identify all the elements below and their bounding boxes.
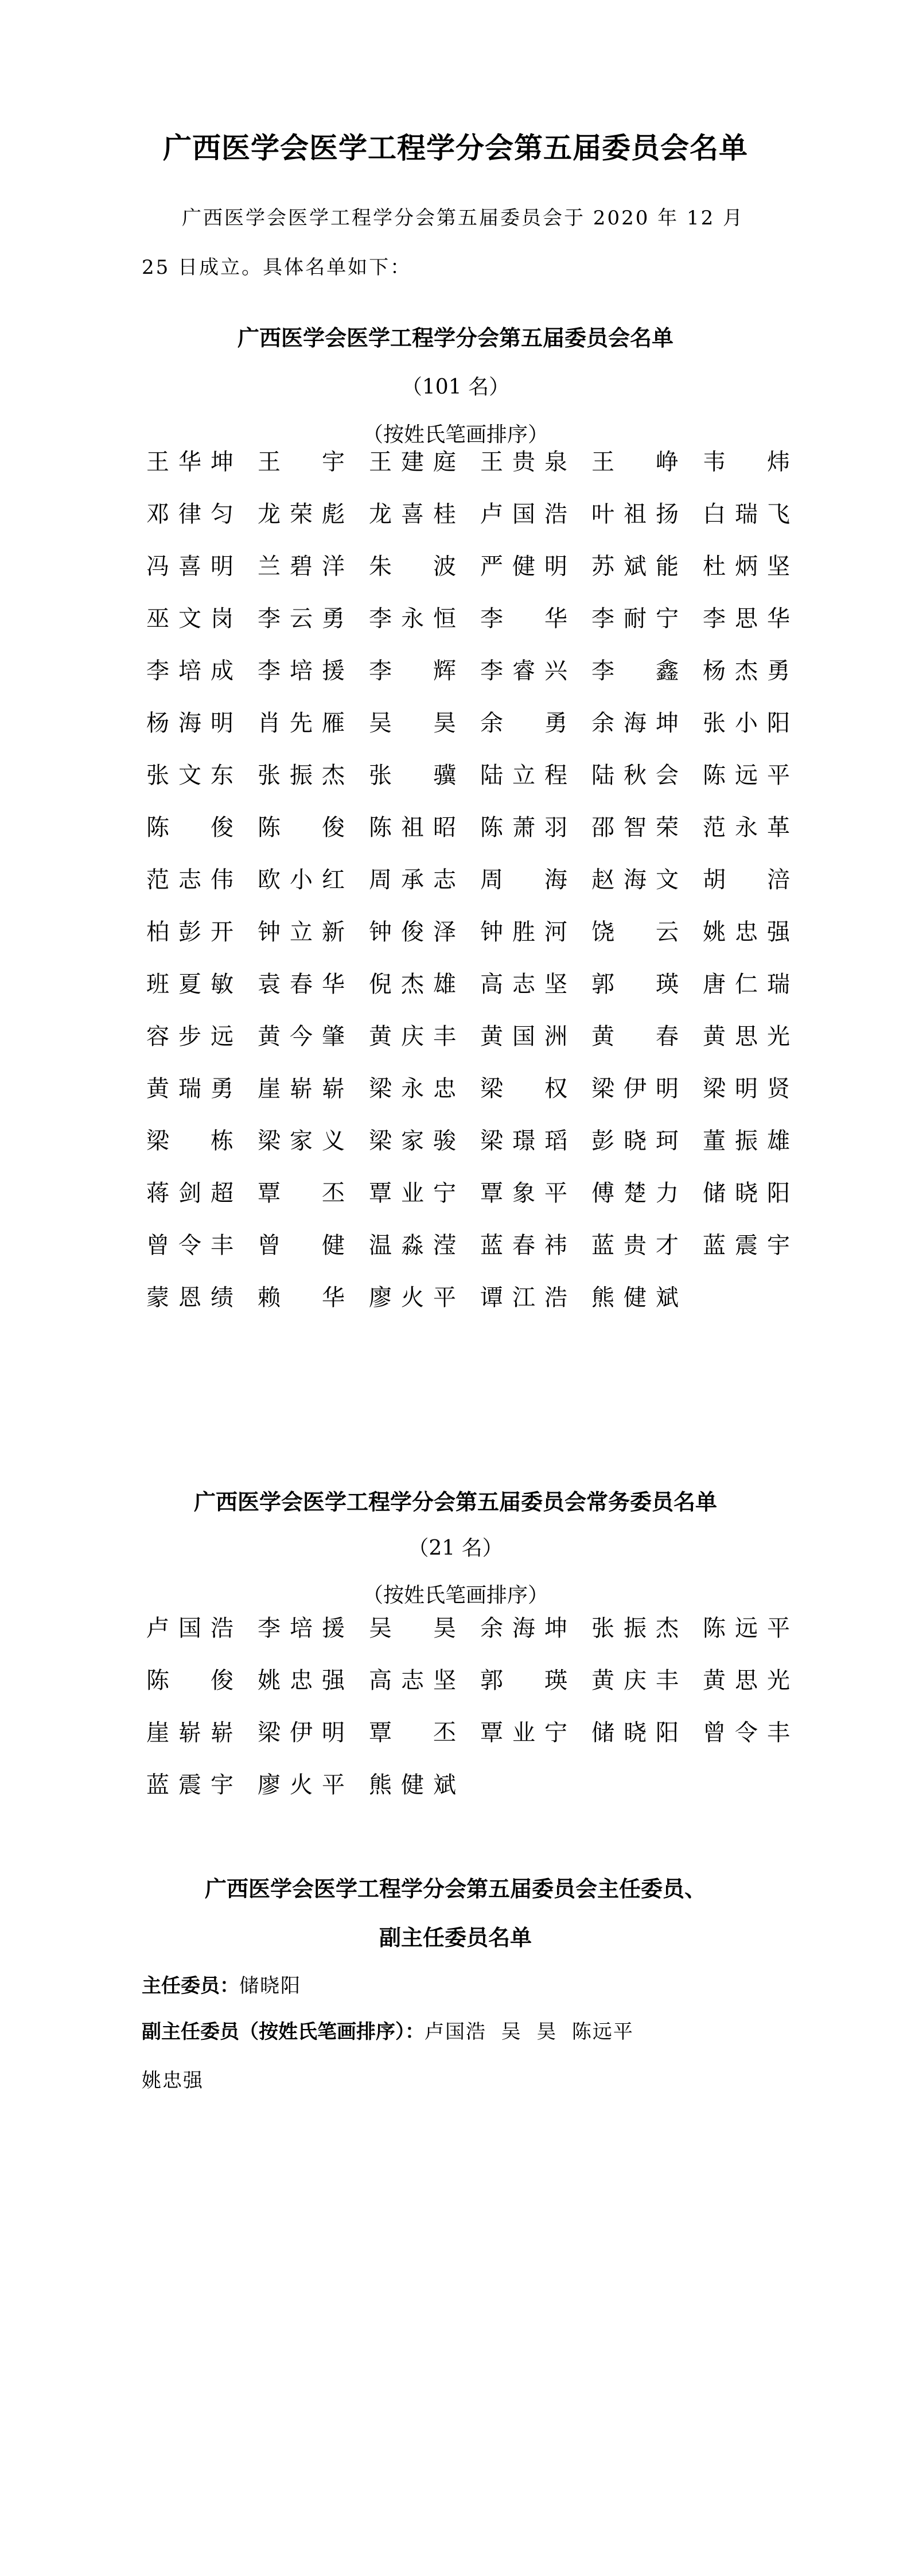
member-name: 李鑫 [587,657,698,709]
member-name: 傅楚力 [587,1179,698,1231]
member-name: 赖华 [253,1283,364,1336]
member-name: 张小阳 [698,709,809,761]
vice-chair-line-2: 姚忠强 [142,2065,204,2093]
vice-chair-label: 副主任委员（按姓氏笔画排序）： [142,2020,425,2043]
member-name: 张振杰 [587,1614,698,1666]
member-name: 肖先雁 [253,709,364,761]
member-name: 蒙恩绩 [142,1283,253,1336]
vice-chair-value-2: 姚忠强 [142,2069,204,2092]
member-name: 郭瑛 [587,970,698,1022]
member-name: 范永革 [698,813,809,866]
member-name: 崖崭崭 [253,1074,364,1127]
member-name: 黄庆丰 [587,1666,698,1718]
member-name: 黄春 [587,1022,698,1074]
member-name: 钟胜河 [476,918,587,970]
member-name: 梁永忠 [364,1074,476,1127]
committee-sort-note: （按姓氏笔画排序） [0,418,911,448]
member-name: 龙喜桂 [364,500,476,552]
member-name: 黄思光 [698,1022,809,1074]
member-name: 范志伟 [142,866,253,918]
member-name: 周承志 [364,866,476,918]
member-name: 覃丕 [253,1179,364,1231]
member-name: 曾令丰 [142,1231,253,1283]
chair-line: 主任委员：储晓阳 [142,1970,301,1998]
member-name: 蓝贵才 [587,1231,698,1283]
member-name: 黄国洲 [476,1022,587,1074]
member-name: 覃业宁 [476,1718,587,1771]
committee-title: 广西医学会医学工程学分会第五届委员会名单 [0,320,911,352]
member-name: 蓝震宇 [698,1231,809,1283]
member-name: 李耐宁 [587,604,698,657]
member-name: 梁家义 [253,1127,364,1179]
member-name: 姚忠强 [253,1666,364,1718]
member-name: 廖火平 [253,1771,364,1823]
member-name: 吴昊 [364,1614,476,1666]
member-name: 柏彭开 [142,918,253,970]
member-name: 陈萧羽 [476,813,587,866]
member-name: 梁栋 [142,1127,253,1179]
standing-member-grid: 卢国浩李培援吴昊余海坤张振杰陈远平陈俊姚忠强高志坚郭瑛黄庆丰黄思光崖崭崭梁伊明覃… [142,1614,801,1823]
member-name: 王华坤 [142,448,253,500]
member-name: 陈俊 [142,813,253,866]
member-name: 李培成 [142,657,253,709]
member-name: 储晓阳 [587,1718,698,1771]
member-name: 梁璟瑫 [476,1127,587,1179]
member-name: 饶云 [587,918,698,970]
member-name: 胡涪 [698,866,809,918]
member-name: 班夏敏 [142,970,253,1022]
member-name: 余海坤 [587,709,698,761]
member-name: 钟立新 [253,918,364,970]
standing-count: （21 名） [0,1532,911,1561]
member-name: 李思华 [698,604,809,657]
chair-value: 储晓阳 [239,1974,301,1997]
member-name: 王贵泉 [476,448,587,500]
member-name: 余海坤 [476,1614,587,1666]
member-name: 吴昊 [364,709,476,761]
member-name: 李培援 [253,1614,364,1666]
member-name: 李培援 [253,657,364,709]
member-name: 白瑞飞 [698,500,809,552]
member-name: 陆立程 [476,761,587,813]
member-name: 梁伊明 [587,1074,698,1127]
member-name: 巫文岗 [142,604,253,657]
leadership-title-line-2: 副主任委员名单 [0,1920,911,1952]
member-name: 陈远平 [698,761,809,813]
member-name: 张骥 [364,761,476,813]
member-name: 熊健斌 [364,1771,476,1823]
member-name: 彭晓珂 [587,1127,698,1179]
member-name: 温淼滢 [364,1231,476,1283]
member-name: 邓律匀 [142,500,253,552]
member-name: 梁家骏 [364,1127,476,1179]
intro-line-2: 25 日成立。具体名单如下： [142,251,773,280]
member-name: 郭瑛 [476,1666,587,1718]
member-name: 高志坚 [476,970,587,1022]
committee-count: （101 名） [0,371,911,400]
member-name: 韦炜 [698,448,809,500]
member-name: 蒋剑超 [142,1179,253,1231]
member-name: 黄今肇 [253,1022,364,1074]
member-name: 崖崭崭 [142,1718,253,1771]
member-name: 张振杰 [253,761,364,813]
member-name: 王宇 [253,448,364,500]
member-name: 李云勇 [253,604,364,657]
member-name: 梁明贤 [698,1074,809,1127]
committee-member-grid: 王华坤王宇王建庭王贵泉王峥韦炜邓律匀龙荣彪龙喜桂卢国浩叶祖扬白瑞飞冯喜明兰碧洋朱… [142,448,801,1336]
member-name: 朱波 [364,552,476,604]
member-name: 熊健斌 [587,1283,698,1336]
member-name: 龙荣彪 [253,500,364,552]
member-name: 廖火平 [364,1283,476,1336]
member-name: 冯喜明 [142,552,253,604]
member-name: 兰碧洋 [253,552,364,604]
member-name: 容步远 [142,1022,253,1074]
member-name: 杨杰勇 [698,657,809,709]
member-name: 唐仁瑞 [698,970,809,1022]
member-name: 欧小红 [253,866,364,918]
document-title: 广西医学会医学工程学分会第五届委员会名单 [0,125,911,166]
leadership-title-line-1: 广西医学会医学工程学分会第五届委员会主任委员、 [0,1871,911,1903]
member-name: 倪杰雄 [364,970,476,1022]
chair-label: 主任委员： [142,1974,239,1997]
member-name: 杨海明 [142,709,253,761]
member-name: 周海 [476,866,587,918]
member-name: 赵海文 [587,866,698,918]
member-name: 苏斌能 [587,552,698,604]
member-name: 蓝春祎 [476,1231,587,1283]
member-name: 卢国浩 [476,500,587,552]
member-name: 黄思光 [698,1666,809,1718]
member-name: 李辉 [364,657,476,709]
member-name: 陈远平 [698,1614,809,1666]
vice-chair-value: 卢国浩 吴 昊 陈远平 [425,2020,634,2043]
member-name: 储晓阳 [698,1179,809,1231]
member-name: 余勇 [476,709,587,761]
member-name: 曾健 [253,1231,364,1283]
member-name: 谭江浩 [476,1283,587,1336]
standing-sort-note: （按姓氏笔画排序） [0,1579,911,1608]
member-name: 袁春华 [253,970,364,1022]
member-name: 梁伊明 [253,1718,364,1771]
standing-title: 广西医学会医学工程学分会第五届委员会常务委员名单 [0,1484,911,1516]
member-name: 董振雄 [698,1127,809,1179]
vice-chair-line: 副主任委员（按姓氏笔画排序）：卢国浩 吴 昊 陈远平 [142,2016,634,2044]
member-name: 张文东 [142,761,253,813]
member-name: 杜炳坚 [698,552,809,604]
member-name: 黄瑞勇 [142,1074,253,1127]
member-name: 黄庆丰 [364,1022,476,1074]
member-name: 蓝震宇 [142,1771,253,1823]
member-name: 王峥 [587,448,698,500]
member-name: 陈俊 [253,813,364,866]
member-name: 钟俊泽 [364,918,476,970]
member-name: 姚忠强 [698,918,809,970]
member-name: 陆秋会 [587,761,698,813]
member-name: 卢国浩 [142,1614,253,1666]
intro-line-1: 广西医学会医学工程学分会第五届委员会于 2020 年 12 月 [142,202,773,230]
member-name: 李华 [476,604,587,657]
member-name: 叶祖扬 [587,500,698,552]
member-name: 曾令丰 [698,1718,809,1771]
member-name: 梁权 [476,1074,587,1127]
member-name: 王建庭 [364,448,476,500]
member-name: 陈祖昭 [364,813,476,866]
member-name: 李睿兴 [476,657,587,709]
member-name: 陈俊 [142,1666,253,1718]
member-name: 覃丕 [364,1718,476,1771]
member-name: 覃象平 [476,1179,587,1231]
member-name: 邵智荣 [587,813,698,866]
member-name: 高志坚 [364,1666,476,1718]
member-name: 覃业宁 [364,1179,476,1231]
member-name: 李永恒 [364,604,476,657]
member-name: 严健明 [476,552,587,604]
